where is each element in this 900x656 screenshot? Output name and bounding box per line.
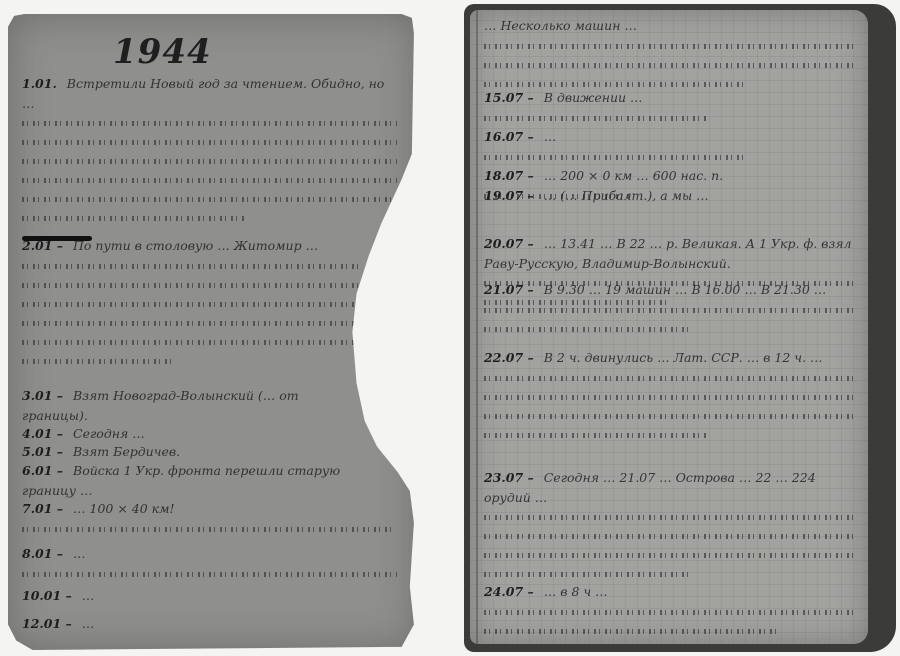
- diary-entry: 8.01 – …: [22, 544, 397, 584]
- diary-entry: 5.01 – Взят Бердичев.: [22, 442, 352, 462]
- entry-date: 15.07 –: [484, 90, 534, 105]
- entry-text: Взят Новоград-Волынский (… от границы).: [22, 388, 299, 423]
- diary-entry: 7.01 – … 100 × 40 км!: [22, 499, 392, 539]
- entry-text: В 9.30 … 19 машин … В 16.00 … В 21.30 …: [544, 282, 827, 297]
- entry-date: 5.01 –: [22, 444, 63, 459]
- diary-page-left: 1944 1.01. Встретили Новый год за чтение…: [8, 14, 418, 650]
- diary-entry: 3.01 – Взят Новоград-Волынский (… от гра…: [22, 386, 352, 425]
- diary-entry: 1.01. Встретили Новый год за чтением. Об…: [22, 74, 397, 248]
- diary-entry: 16.07 – …: [484, 127, 854, 167]
- diary-entry: … Несколько машин …: [484, 16, 854, 94]
- diary-entry: 10.01 – …: [22, 586, 397, 606]
- diary-page-right: … Несколько машин … 15.07 – В движении ……: [470, 10, 868, 644]
- diary-entry: 6.01 – Войска 1 Укр. фронта перешли стар…: [22, 461, 362, 500]
- diary-entry: 2.01 – По пути в столовую … Житомир …: [22, 236, 362, 371]
- diary-entry: 19.07 – … (… Прибалт.), а мы …: [484, 186, 854, 206]
- entry-text: Сегодня …: [73, 426, 145, 441]
- entry-date: 4.01 –: [22, 426, 63, 441]
- entry-date: 8.01 –: [22, 546, 63, 561]
- diary-entry: 21.07 – В 9.30 … 19 машин … В 16.00 … В …: [484, 280, 854, 339]
- diary-entry: 22.07 – В 2 ч. двинулись … Лат. ССР. … в…: [484, 348, 854, 445]
- diary-entry: 23.07 – Сегодня … 21.07 … Острова … 22 ……: [484, 468, 854, 584]
- entry-text: Войска 1 Укр. фронта перешли старую гран…: [22, 463, 340, 498]
- entry-date: 6.01 –: [22, 463, 63, 478]
- entry-text: …: [82, 588, 95, 603]
- entry-date: 24.07 –: [484, 584, 534, 599]
- entry-date: 1.01.: [22, 76, 57, 91]
- entry-date: 18.07 –: [484, 168, 534, 183]
- entry-date: 2.01 –: [22, 238, 63, 253]
- entry-text: … 13.41 … В 22 … р. Великая. А 1 Укр. ф.…: [484, 236, 852, 271]
- entry-date: 21.07 –: [484, 282, 534, 297]
- entry-text: … (… Прибалт.), а мы …: [544, 188, 709, 203]
- margin-line: [476, 10, 478, 644]
- entry-date: 12.01 –: [22, 616, 72, 631]
- entry-text: По пути в столовую … Житомир …: [73, 238, 318, 253]
- entry-text: … Несколько машин …: [484, 18, 637, 33]
- entry-date: 20.07 –: [484, 236, 534, 251]
- entry-date: 16.07 –: [484, 129, 534, 144]
- diary-entry: 12.01 – …: [22, 614, 397, 634]
- entry-text: В 2 ч. двинулись … Лат. ССР. … в 12 ч. …: [544, 350, 823, 365]
- entry-text: Взят Бердичев.: [73, 444, 180, 459]
- diary-entry: 4.01 – Сегодня …: [22, 424, 352, 444]
- diary-entry: 15.07 – В движении …: [484, 88, 854, 128]
- diary-entry: 24.07 – … в 8 ч …: [484, 582, 854, 641]
- entry-text: …: [544, 129, 557, 144]
- entry-text: … 200 × 0 км … 600 нас. п.: [544, 168, 723, 183]
- entry-text: …: [73, 546, 86, 561]
- entry-date: 3.01 –: [22, 388, 63, 403]
- entry-text: …: [82, 616, 95, 631]
- entry-date: 23.07 –: [484, 470, 534, 485]
- entry-date: 7.01 –: [22, 501, 63, 516]
- entry-date: 10.01 –: [22, 588, 72, 603]
- entry-date: 19.07 –: [484, 188, 534, 203]
- entry-text: Встретили Новый год за чтением. Обидно, …: [22, 76, 384, 111]
- entry-text: … 100 × 40 км!: [73, 501, 174, 516]
- entry-text: … в 8 ч …: [544, 584, 608, 599]
- year-heading: 1944: [113, 32, 212, 72]
- entry-text: В движении …: [544, 90, 643, 105]
- entry-date: 22.07 –: [484, 350, 534, 365]
